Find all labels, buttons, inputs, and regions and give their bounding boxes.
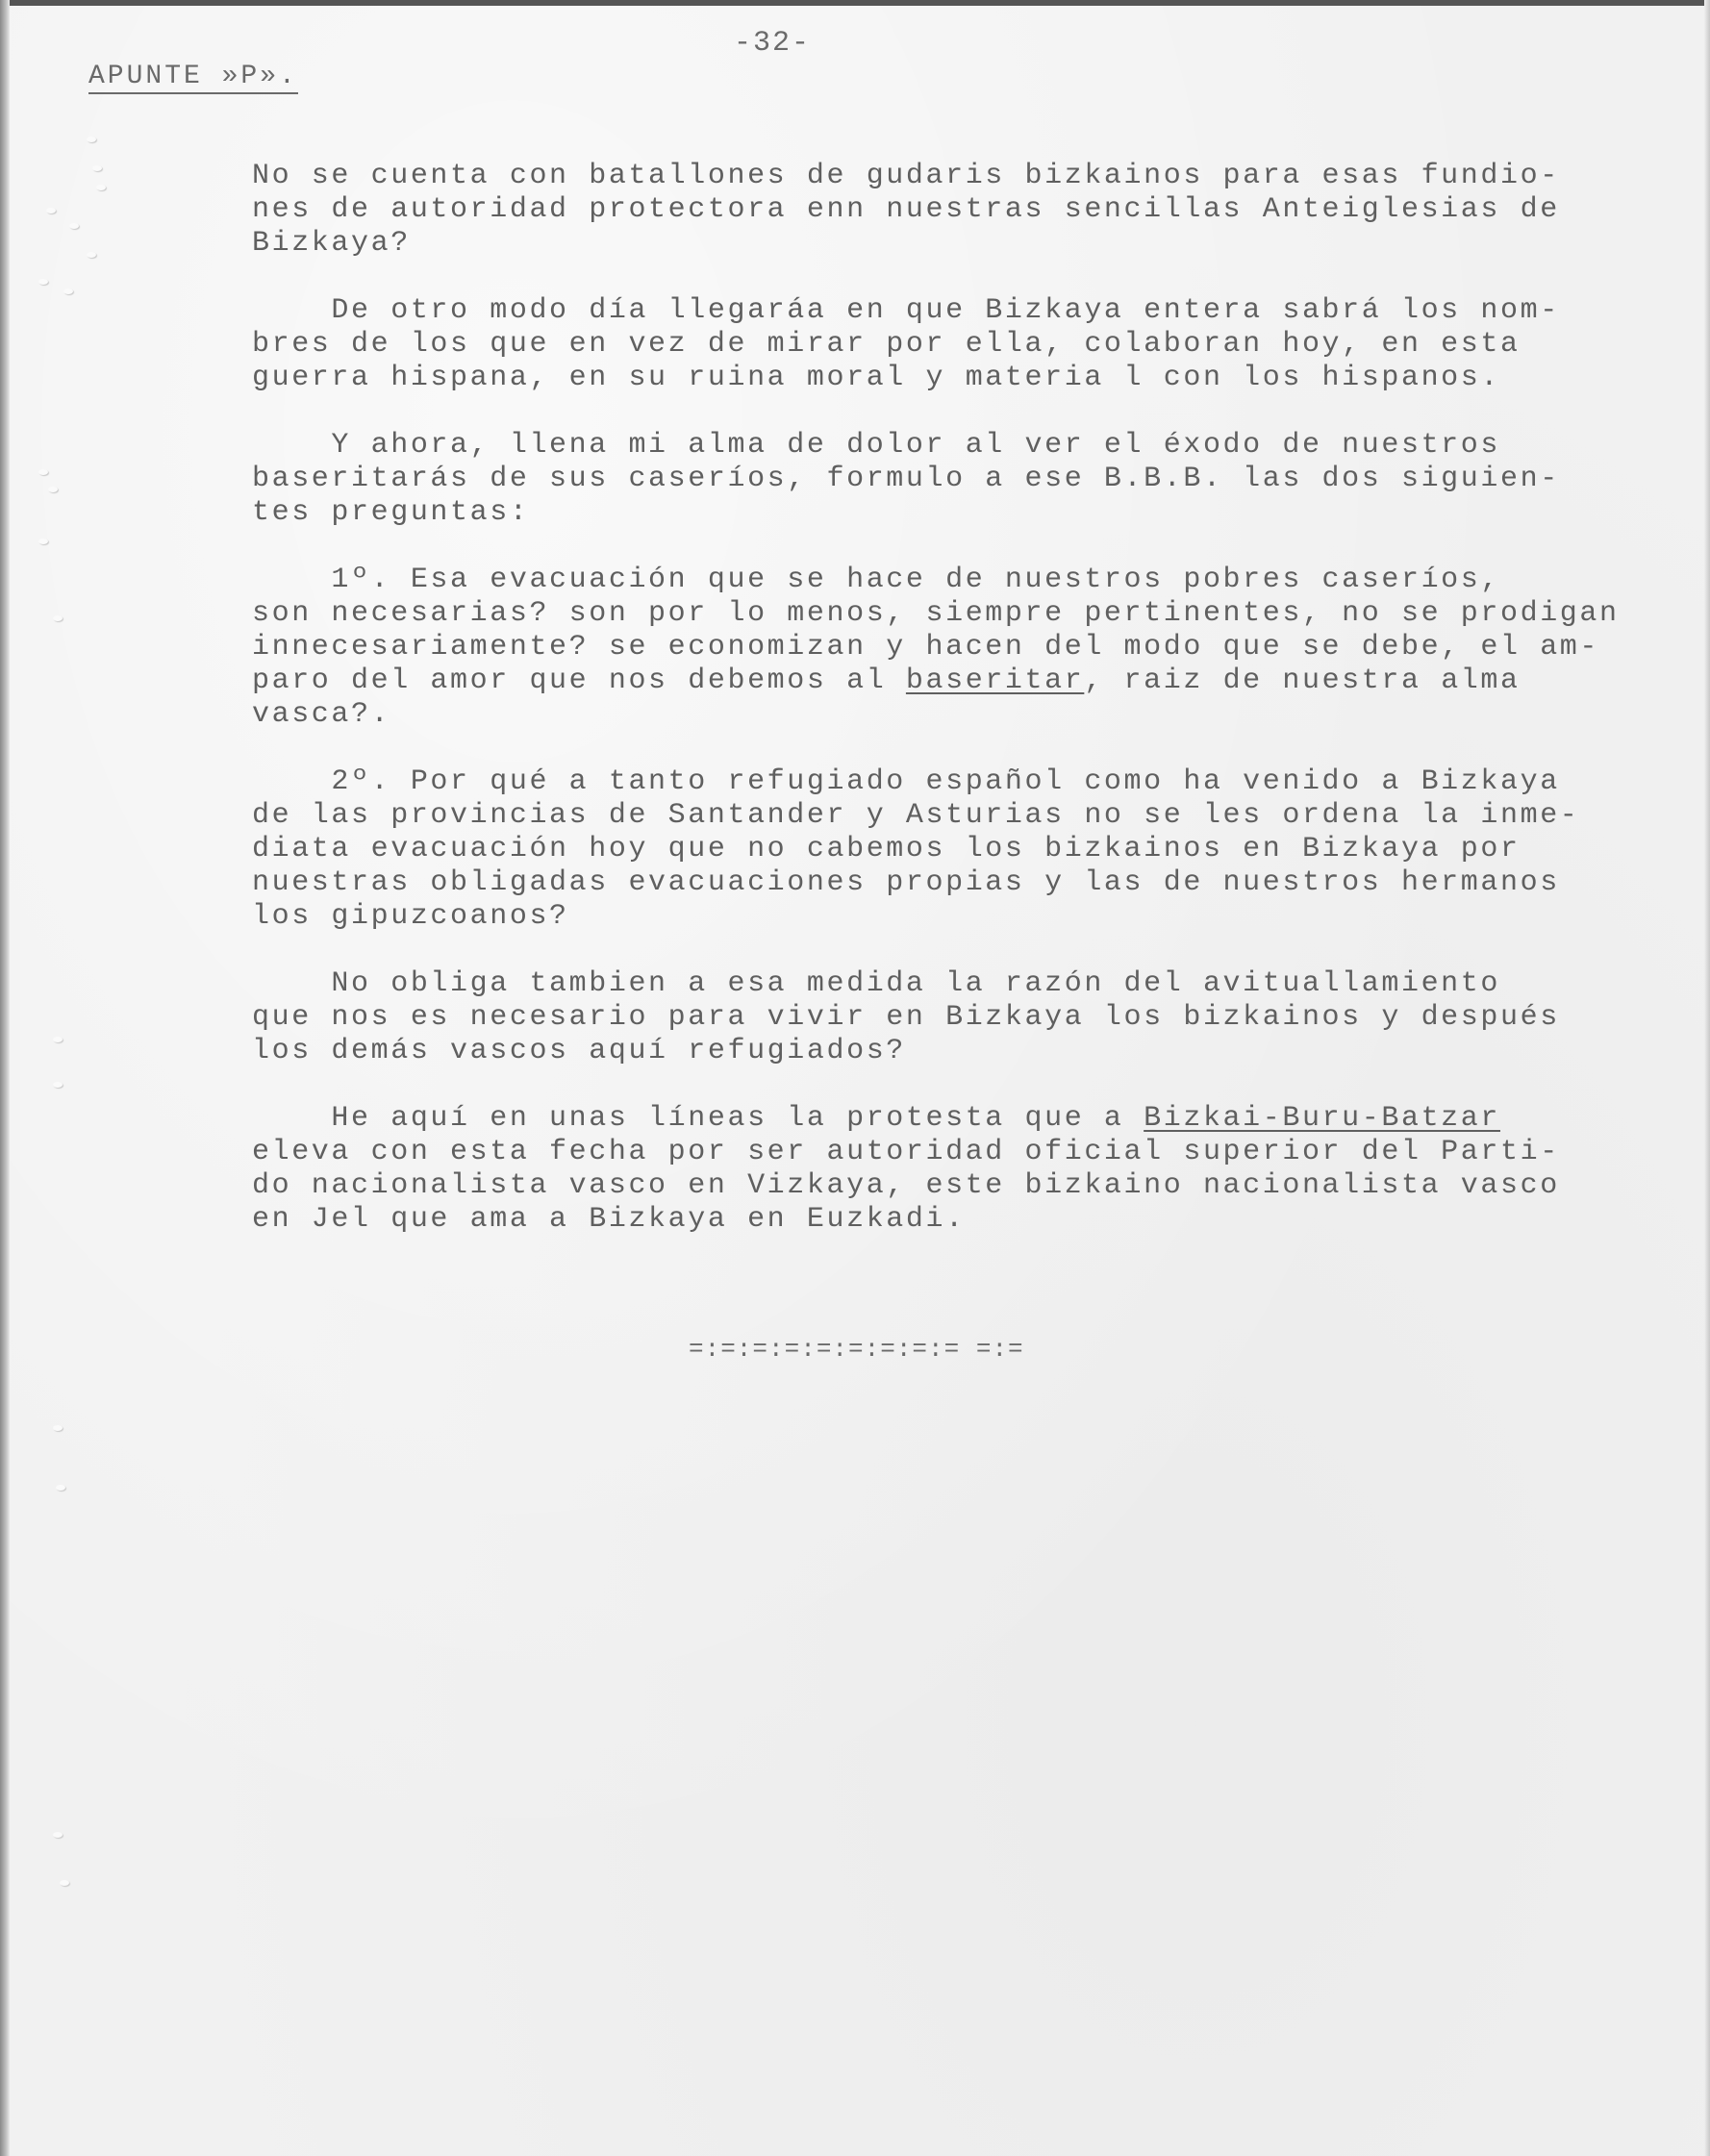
punch-mark	[92, 165, 102, 171]
closing-separator: =:=:=:=:=:=:=:=:= =:=	[689, 1335, 1024, 1364]
scan-left-edge	[0, 0, 10, 2156]
paragraph: 2º. Por qué a tanto refugiado español co…	[252, 765, 1656, 934]
text-line: 2º. Por qué a tanto refugiado español co…	[252, 765, 1656, 799]
punch-mark	[60, 1880, 69, 1886]
punch-mark	[53, 1037, 63, 1042]
text-line: 1º. Esa evacuación que se hace de nuestr…	[252, 564, 1656, 597]
text-line: innecesariamente? se economizan y hacen …	[252, 631, 1656, 664]
underlined-term: Bizkai-Buru-Batzar	[1144, 1102, 1500, 1135]
punch-mark	[87, 137, 96, 142]
text-line: No se cuenta con batallones de gudaris b…	[252, 160, 1656, 193]
text-line: No obliga tambien a esa medida la razón …	[252, 967, 1656, 1001]
page-number: -32-	[734, 27, 811, 60]
paragraph: He aquí en unas líneas la protesta que a…	[252, 1102, 1656, 1237]
text-line: los gipuzcoanos?	[252, 900, 1656, 934]
text-line: en Jel que ama a Bizkaya en Euzkadi.	[252, 1203, 1656, 1237]
paragraph: Y ahora, llena mi alma de dolor al ver e…	[252, 429, 1656, 530]
text-line: do nacionalista vasco en Vizkaya, este b…	[252, 1169, 1656, 1203]
punch-mark	[53, 615, 63, 621]
text-line: diata evacuación hoy que no cabemos los …	[252, 833, 1656, 866]
paragraph: 1º. Esa evacuación que se hace de nuestr…	[252, 564, 1656, 732]
scan-right-edge	[1704, 0, 1710, 2156]
text-line: tes preguntas:	[252, 496, 1656, 530]
punch-mark	[53, 1832, 63, 1838]
text-line: los demás vascos aquí refugiados?	[252, 1035, 1656, 1068]
text-line: nes de autoridad protectora enn nuestras…	[252, 193, 1656, 227]
punch-mark	[96, 185, 106, 190]
punch-mark	[63, 288, 73, 294]
text-line: Bizkaya?	[252, 227, 1656, 261]
text-line: de las provincias de Santander y Asturia…	[252, 799, 1656, 833]
text-line: De otro modo día llegaráa en que Bizkaya…	[252, 294, 1656, 328]
punch-mark	[53, 1082, 63, 1088]
paragraph: De otro modo día llegaráa en que Bizkaya…	[252, 294, 1656, 395]
punch-mark	[46, 208, 56, 213]
text-line: que nos es necesario para vivir en Bizka…	[252, 1001, 1656, 1035]
text-line: eleva con esta fecha por ser autoridad o…	[252, 1136, 1656, 1169]
scan-top-edge	[0, 0, 1710, 6]
text-line: bres de los que en vez de mirar por ella…	[252, 328, 1656, 362]
section-header: APUNTE »P».	[88, 62, 298, 94]
punch-mark	[38, 469, 48, 475]
text-line: Y ahora, llena mi alma de dolor al ver e…	[252, 429, 1656, 463]
text-line: paro del amor que nos debemos al baserit…	[252, 664, 1656, 698]
punch-mark	[48, 487, 58, 492]
punch-mark	[38, 279, 48, 285]
text-line: nuestras obligadas evacuaciones propias …	[252, 866, 1656, 900]
text-line: son necesarias? son por lo menos, siempr…	[252, 597, 1656, 631]
paragraph: No se cuenta con batallones de gudaris b…	[252, 160, 1656, 261]
document-page: -32- APUNTE »P». No se cuenta con batall…	[0, 0, 1710, 2156]
punch-mark	[87, 252, 96, 258]
document-body: No se cuenta con batallones de gudaris b…	[252, 160, 1656, 1270]
punch-mark	[38, 539, 48, 544]
text-line: guerra hispana, en su ruina moral y mate…	[252, 362, 1656, 395]
punch-mark	[69, 223, 79, 229]
punch-mark	[56, 1485, 65, 1491]
text-line: He aquí en unas líneas la protesta que a…	[252, 1102, 1656, 1136]
text-line: vasca?.	[252, 698, 1656, 732]
paragraph: No obliga tambien a esa medida la razón …	[252, 967, 1656, 1068]
punch-mark	[53, 1425, 63, 1431]
text-line: baseritarás de sus caseríos, formulo a e…	[252, 463, 1656, 496]
underlined-term: baseritar	[906, 664, 1084, 697]
